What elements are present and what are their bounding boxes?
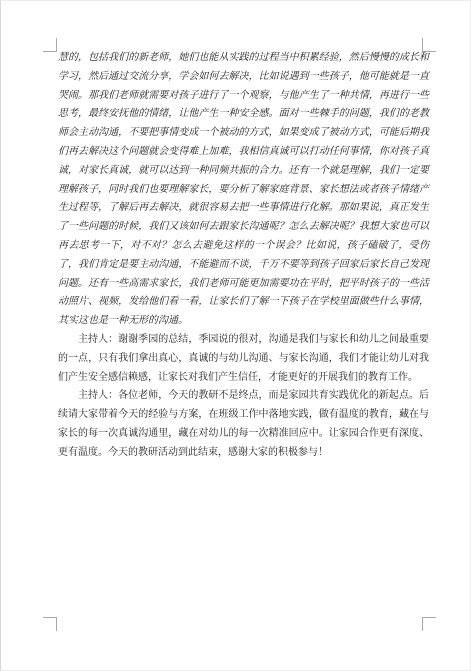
paragraph-moderator-closing: 主持人：各位老师，今天的教研不是终点，而是家园共育实践优化的新起点。后续请大家带… (58, 387, 429, 462)
document-page: 慧的，包括我们的新老师，她们也能从实践的过程当中积累经验，然后慢慢的成长和学习，… (0, 0, 471, 671)
document-text-area: 慧的，包括我们的新老师，她们也能从实践的过程当中积累经验，然后慢慢的成长和学习，… (58, 49, 429, 463)
margin-crop-mark-bottom-left (43, 617, 57, 631)
paragraph-body-continuation: 慧的，包括我们的新老师，她们也能从实践的过程当中积累经验，然后慢慢的成长和学习，… (58, 49, 429, 331)
margin-crop-mark-top-left (43, 38, 57, 52)
paragraph-moderator-speech: 主持人：谢谢季园的总结，季园说的很对，沟通是我们与家长和幼儿之间最重要的一点，只… (58, 331, 429, 387)
margin-crop-mark-bottom-right (422, 617, 436, 631)
